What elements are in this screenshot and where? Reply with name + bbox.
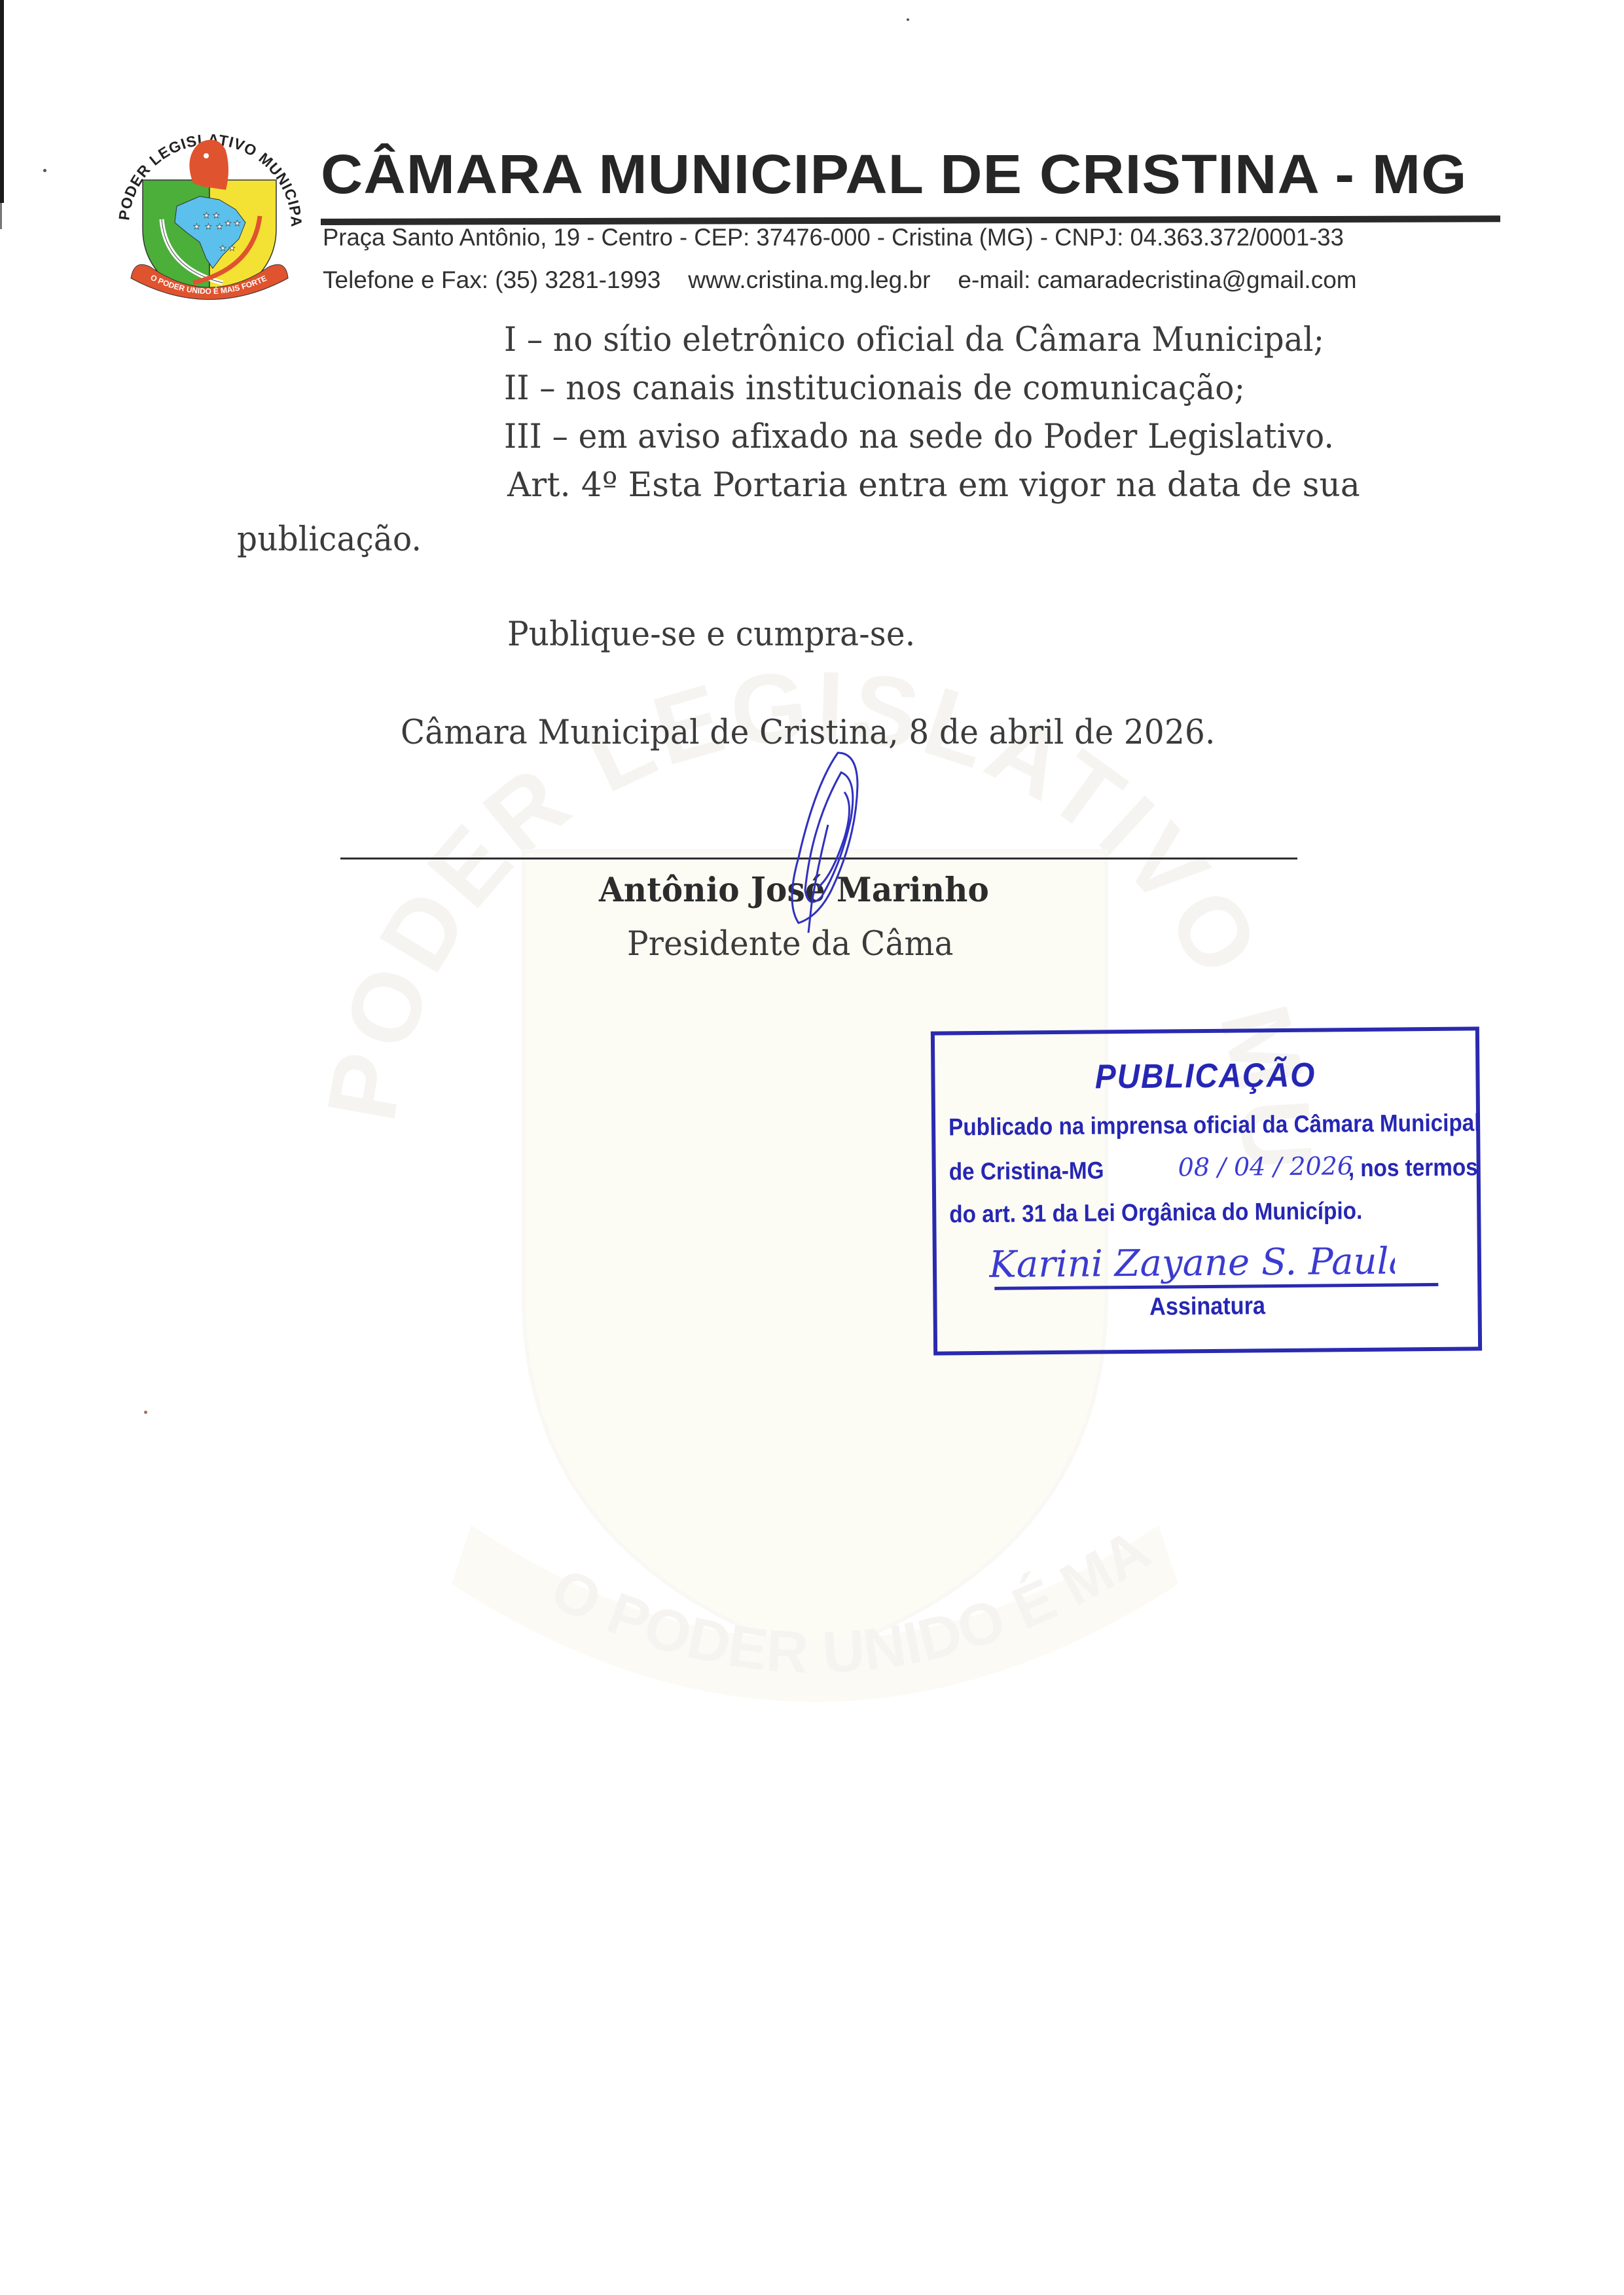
handwritten-signature-icon — [759, 746, 890, 936]
list-item: III – em aviso afixado na sede do Poder … — [504, 418, 1334, 456]
website-link[interactable]: www.cristina.mg.leg.br — [688, 266, 930, 293]
scan-speck — [43, 169, 46, 172]
scan-edge — [0, 0, 4, 203]
scan-edge — [0, 203, 2, 229]
svg-text:★: ★ — [216, 222, 223, 231]
coat-of-arms-logo-icon: PODER LEGISLATIVO MUNICIPAL ★★★★ ★★★★★ O… — [115, 111, 304, 308]
scan-speck — [907, 18, 909, 21]
svg-text:★: ★ — [228, 244, 236, 253]
stamp-line: Publicado na imprensa oficial da Câmara … — [948, 1109, 1481, 1141]
svg-text:★: ★ — [203, 211, 210, 220]
closing-text: Publique-se e cumpra-se. — [507, 615, 915, 654]
stamp-line: de Cristina-MG — [949, 1157, 1104, 1185]
article-text-continuation: publicação. — [237, 520, 422, 559]
svg-text:★: ★ — [234, 219, 241, 228]
svg-text:★: ★ — [193, 222, 200, 231]
email-link[interactable]: e-mail: camaradecristina@gmail.com — [958, 266, 1356, 293]
svg-text:★: ★ — [205, 222, 212, 231]
list-item: I – no sítio eletrônico oficial da Câmar… — [504, 321, 1324, 359]
scan-speck — [144, 1411, 147, 1414]
list-item: II – nos canais institucionais de comuni… — [504, 369, 1245, 408]
stamp-caption: Assinatura — [964, 1291, 1451, 1323]
stamp-title: PUBLICAÇÃO — [956, 1055, 1454, 1098]
phone-text: Telefone e Fax: (35) 3281-1993 — [323, 266, 660, 293]
svg-text:★: ★ — [213, 211, 220, 220]
stamp-handwritten-signature-icon: Karini Zayane S. Paula — [989, 1227, 1396, 1290]
publication-stamp: PUBLICAÇÃO Publicado na imprensa oficial… — [931, 1026, 1482, 1355]
stamp-line: do art. 31 da Lei Orgânica do Município. — [949, 1197, 1362, 1229]
address-line: Praça Santo Antônio, 19 - Centro - CEP: … — [323, 224, 1344, 251]
svg-text:★: ★ — [225, 219, 232, 228]
stamp-handwritten-date: 08 / 04 / 2026 — [1178, 1151, 1353, 1182]
contact-line: Telefone e Fax: (35) 3281-1993www.cristi… — [323, 266, 1357, 294]
article-text: Art. 4º Esta Portaria entra em vigor na … — [507, 466, 1360, 505]
institution-title: CÂMARA MUNICIPAL DE CRISTINA - MG — [321, 143, 1467, 206]
svg-text:★: ★ — [219, 244, 226, 253]
stamp-line-suffix: , nos termos — [1348, 1153, 1478, 1182]
svg-text:Karini Zayane S. Paula: Karini Zayane S. Paula — [989, 1240, 1396, 1286]
